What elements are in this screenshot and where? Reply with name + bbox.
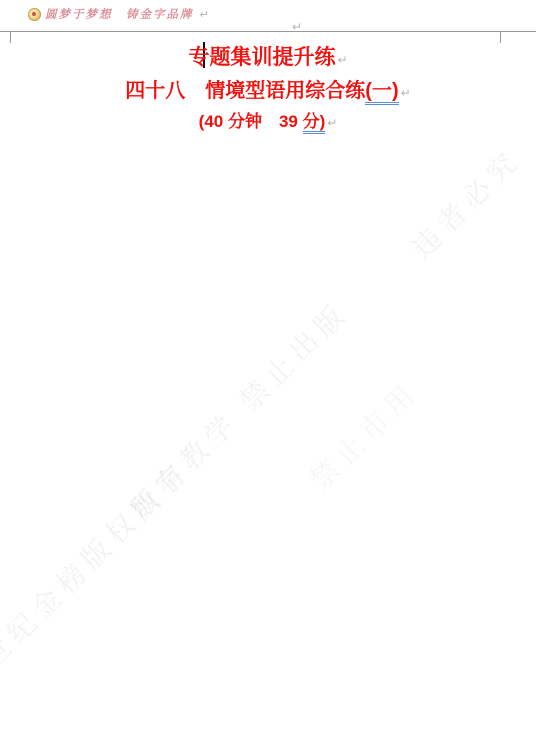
text-run: 四十八 情境型语用综合练 xyxy=(125,80,365,102)
watermark-text: 禁止市用 xyxy=(300,371,427,498)
paragraph-mark: ↵ xyxy=(335,53,347,67)
header-divider xyxy=(0,31,536,32)
watermark-text: 数字教学 禁止出版 xyxy=(120,292,357,529)
text-run: (40 分钟 39 xyxy=(199,112,303,131)
watermark-text: 世纪金榜版权所有 xyxy=(0,450,198,676)
page-title[interactable]: 专题集训提升练↵ xyxy=(0,41,536,71)
section-title[interactable]: 四十八 情境型语用综合练(一)↵ xyxy=(0,74,536,103)
text-run: 专题集训提升练 xyxy=(188,46,335,69)
text-run: (一) xyxy=(365,80,398,105)
watermark-text: 违者必究 xyxy=(402,139,529,266)
paragraph-mark: ↵ xyxy=(198,8,209,21)
document-page: 违者必究 数字教学 禁止出版 世纪金榜版权所有 禁止市用 圆梦于梦想 铸金字品牌… xyxy=(0,0,536,748)
brand-header: 圆梦于梦想 铸金字品牌 ↵ xyxy=(28,6,209,22)
paragraph-mark: ↵ xyxy=(399,86,411,100)
brand-slogan: 圆梦于梦想 铸金字品牌 xyxy=(45,6,194,22)
paragraph-mark: ↵ xyxy=(325,116,337,130)
paragraph-mark: ↵ xyxy=(292,20,302,34)
text-run: 分) xyxy=(303,112,326,134)
brand-logo-icon xyxy=(28,8,41,21)
time-score-line[interactable]: (40 分钟 39 分)↵ xyxy=(0,107,536,132)
